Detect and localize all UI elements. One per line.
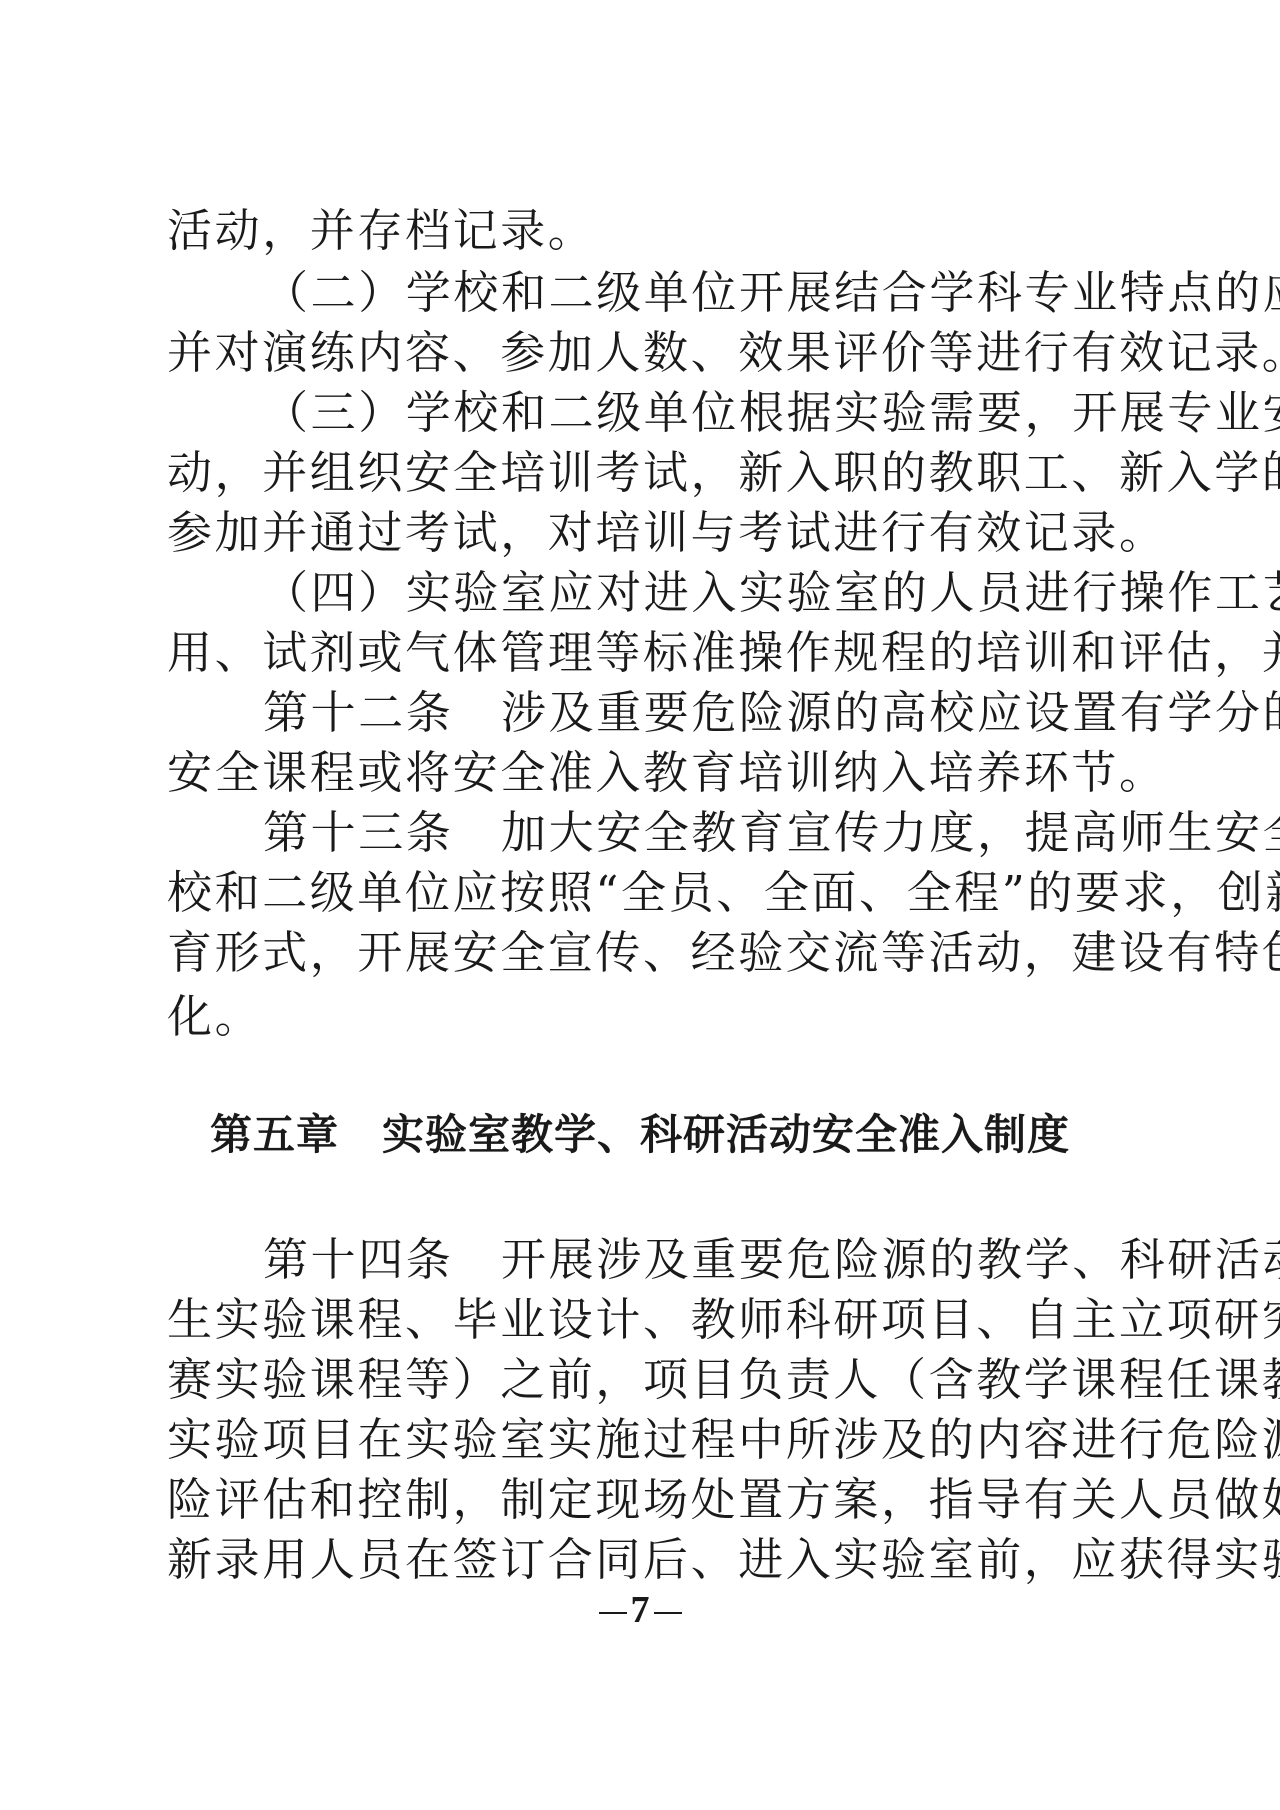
paragraph-line: 赛实验课程等）之前，项目负责人（含教学课程任课教师）应对 [167, 1350, 1127, 1410]
article-13-line: 第十三条 加大安全教育宣传力度，提高师生安全意识。学 [263, 803, 1127, 863]
page-number: 7 [0, 1588, 1280, 1632]
dash-left [599, 1612, 627, 1614]
paragraph-line: 化。 [167, 987, 1127, 1047]
paragraph-line: 并对演练内容、参加人数、效果评价等进行有效记录。 [167, 323, 1127, 383]
article-12-line: 第十二条 涉及重要危险源的高校应设置有学分的实验室 [263, 683, 1127, 743]
paragraph-line: 育形式，开展安全宣传、经验交流等活动，建设有特色的安全文 [167, 923, 1127, 983]
paragraph-line-item-2: （二）学校和二级单位开展结合学科专业特点的应急演练， [263, 263, 1127, 323]
paragraph-line: 实验项目在实验室实施过程中所涉及的内容进行危险源辨识、风 [167, 1410, 1127, 1470]
paragraph-line: 新录用人员在签订合同后、进入实验室前，应获得实验室准入资 [167, 1530, 1127, 1590]
paragraph-line: 参加并通过考试，对培训与考试进行有效记录。 [167, 503, 1127, 563]
paragraph-line: 活动，并存档记录。 [167, 201, 1127, 261]
paragraph-line-item-3: （三）学校和二级单位根据实验需要，开展专业安全培训活 [263, 383, 1127, 443]
page-number-value: 7 [631, 1589, 650, 1631]
paragraph-line: 安全课程或将安全准入教育培训纳入培养环节。 [167, 743, 1127, 803]
document-page: 活动，并存档记录。 （二）学校和二级单位开展结合学科专业特点的应急演练， 并对演… [0, 0, 1280, 1810]
paragraph-line: 用、试剂或气体管理等标准操作规程的培训和评估，并记录存档。 [167, 623, 1127, 683]
paragraph-line: 生实验课程、毕业设计、教师科研项目、自主立项研究、学科竞 [167, 1290, 1127, 1350]
article-14-line: 第十四条 开展涉及重要危险源的教学、科研活动（包括学 [263, 1230, 1127, 1290]
paragraph-line-item-4: （四）实验室应对进入实验室的人员进行操作工艺、设备使 [263, 563, 1127, 623]
paragraph-line: 动，并组织安全培训考试，新入职的教职工、新入学的学生均应 [167, 443, 1127, 503]
dash-right [654, 1612, 682, 1614]
chapter-heading: 第五章 实验室教学、科研活动安全准入制度 [0, 1105, 1280, 1165]
paragraph-line: 校和二级单位应按照“全员、全面、全程”的要求，创新宣传教 [167, 863, 1127, 923]
paragraph-line: 险评估和控制，制定现场处置方案，指导有关人员做好安全防护； [167, 1470, 1127, 1530]
